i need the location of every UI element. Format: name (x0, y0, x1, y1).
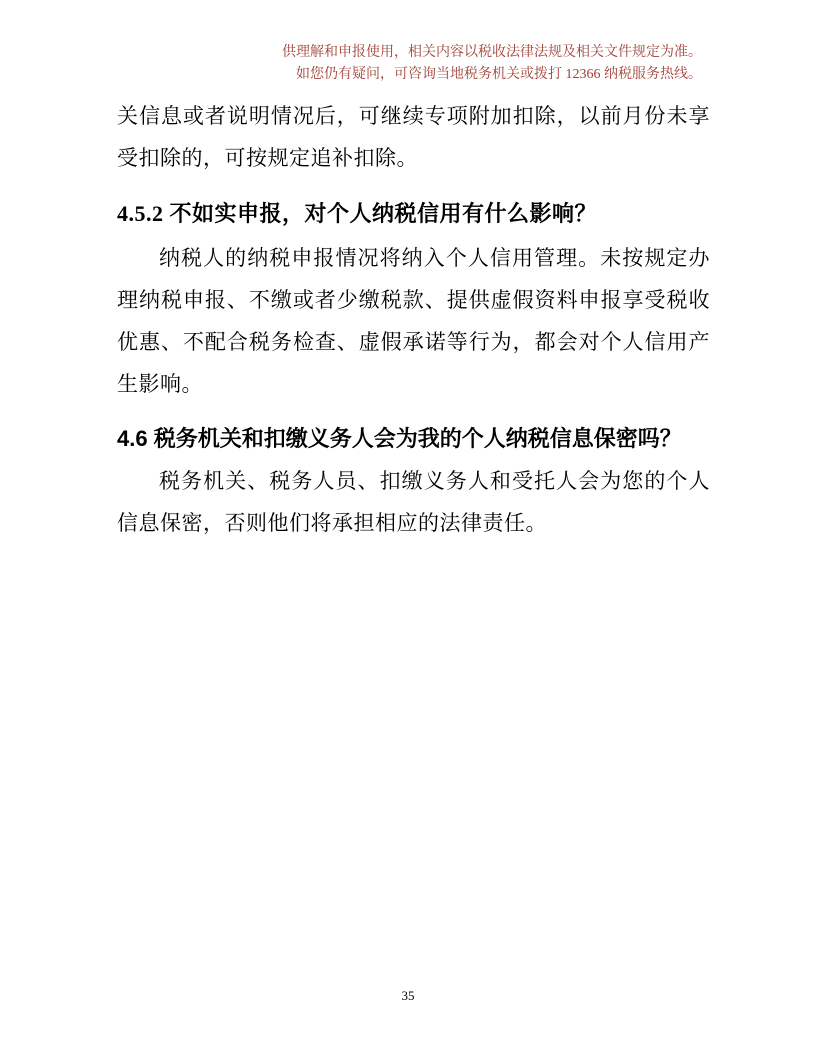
header-disclaimer: 供理解和申报使用，相关内容以税收法律法规及相关文件规定为准。 如您仍有疑问，可咨… (117, 42, 702, 86)
section-heading-4-5-2: 4.5.2 不如实申报，对个人纳税信用有什么影响？ (117, 198, 710, 230)
document-page: 供理解和申报使用，相关内容以税收法律法规及相关文件规定为准。 如您仍有疑问，可咨… (0, 0, 816, 1056)
paragraph-continuation: 关信息或者说明情况后，可继续专项附加扣除，以前月份未享受扣除的，可按规定追补扣除… (117, 95, 710, 179)
header-disclaimer-line1: 供理解和申报使用，相关内容以税收法律法规及相关文件规定为准。 (117, 42, 702, 64)
section-heading-4-6: 4.6 税务机关和扣缴义务人会为我的个人纳税信息保密吗？ (117, 423, 710, 455)
section-body-4-6: 税务机关、税务人员、扣缴义务人和受托人会为您的个人信息保密，否则他们将承担相应的… (117, 460, 710, 544)
page-number: 35 (0, 988, 816, 1004)
header-disclaimer-line2: 如您仍有疑问，可咨询当地税务机关或拨打 12366 纳税服务热线。 (117, 64, 702, 86)
section-body-4-5-2: 纳税人的纳税申报情况将纳入个人信用管理。未按规定办理纳税申报、不缴或者少缴税款、… (117, 237, 710, 405)
